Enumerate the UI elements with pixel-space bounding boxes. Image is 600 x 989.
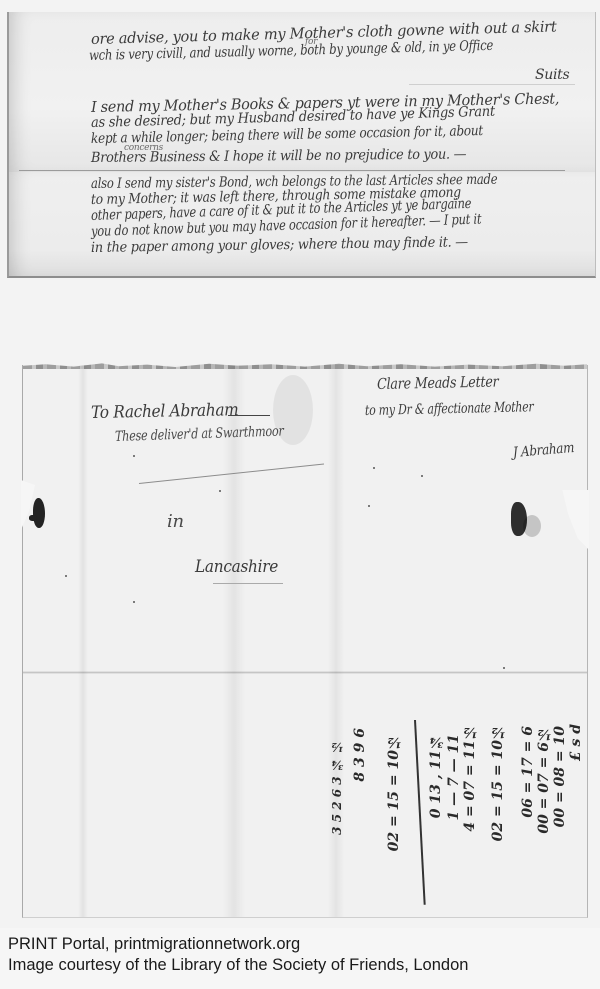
letter-top-sheet: ore advise, you to make my Mother's clot… [7,12,596,174]
seal-stain-right [523,515,541,537]
figure-column: 4 = 07 = 11½ [462,724,478,832]
figure-column: 1 — 7 — 11 [446,734,462,820]
speck [219,490,221,492]
figure-column: 8 3 9 6 [352,728,368,782]
speck [133,601,135,603]
figure-column: 0 13 , 11¾ [428,734,444,818]
manuscript-line: Brothers Business & I hope it will be no… [91,146,466,166]
endorsement-line-to: to my Dr & affectionate Mother [365,399,534,419]
letter-top-sheet-lower: also I send my sister's Bond, wch belong… [7,172,596,278]
seal-hole-left [33,498,45,528]
figure-stroke [414,720,426,905]
fold-line-vertical [223,365,245,917]
image-credit-caption: PRINT Portal, printmigrationnetwork.org … [8,934,598,976]
seal-hole-left-lower [29,515,37,521]
address-line-delivery: These deliver'd at Swarthmoor [115,423,284,445]
torn-notch [551,490,589,550]
figure-column: 06 = 17 = 6 [520,726,536,818]
speck [65,575,67,577]
endorsement-signature: J Abraham [513,440,575,461]
torn-edge [23,361,587,369]
speck [503,667,505,669]
address-line-in: in [167,511,184,532]
caption-source: PRINT Portal, printmigrationnetwork.org [8,934,598,955]
fold-line-vertical [78,365,88,917]
divider-line [19,170,565,171]
manuscript-scan: ore advise, you to make my Mother's clot… [0,0,600,928]
speck [133,455,135,457]
manuscript-line: Suits [535,67,569,83]
divider-line [409,84,575,85]
fold-line-horizontal [23,671,587,674]
speck [373,467,375,469]
address-line-county: Lancashire [195,557,278,577]
figure-column: 00 = 07 = 6½ [536,726,552,834]
address-underline [228,415,270,416]
figure-column: 02 = 15 = 10½ [490,724,506,841]
figure-column: 3 5 2 6 3 ¾ ½ [330,740,344,835]
accounting-figures: £ s d 00 = 08 = 10 00 = 07 = 6½ 06 = 17 … [300,720,580,910]
address-line-recipient: To Rachel Abraham [91,400,239,423]
figure-column: 00 = 08 = 10 [552,726,568,827]
figure-column: £ s d [568,724,584,761]
caption-courtesy: Image courtesy of the Library of the Soc… [8,955,598,976]
county-underline [213,583,283,584]
endorsement-line-title: Clare Meads Letter [377,373,499,393]
figure-column: 02 = 15 = 10½ [386,734,402,851]
speck [421,475,423,477]
speck [368,505,370,507]
